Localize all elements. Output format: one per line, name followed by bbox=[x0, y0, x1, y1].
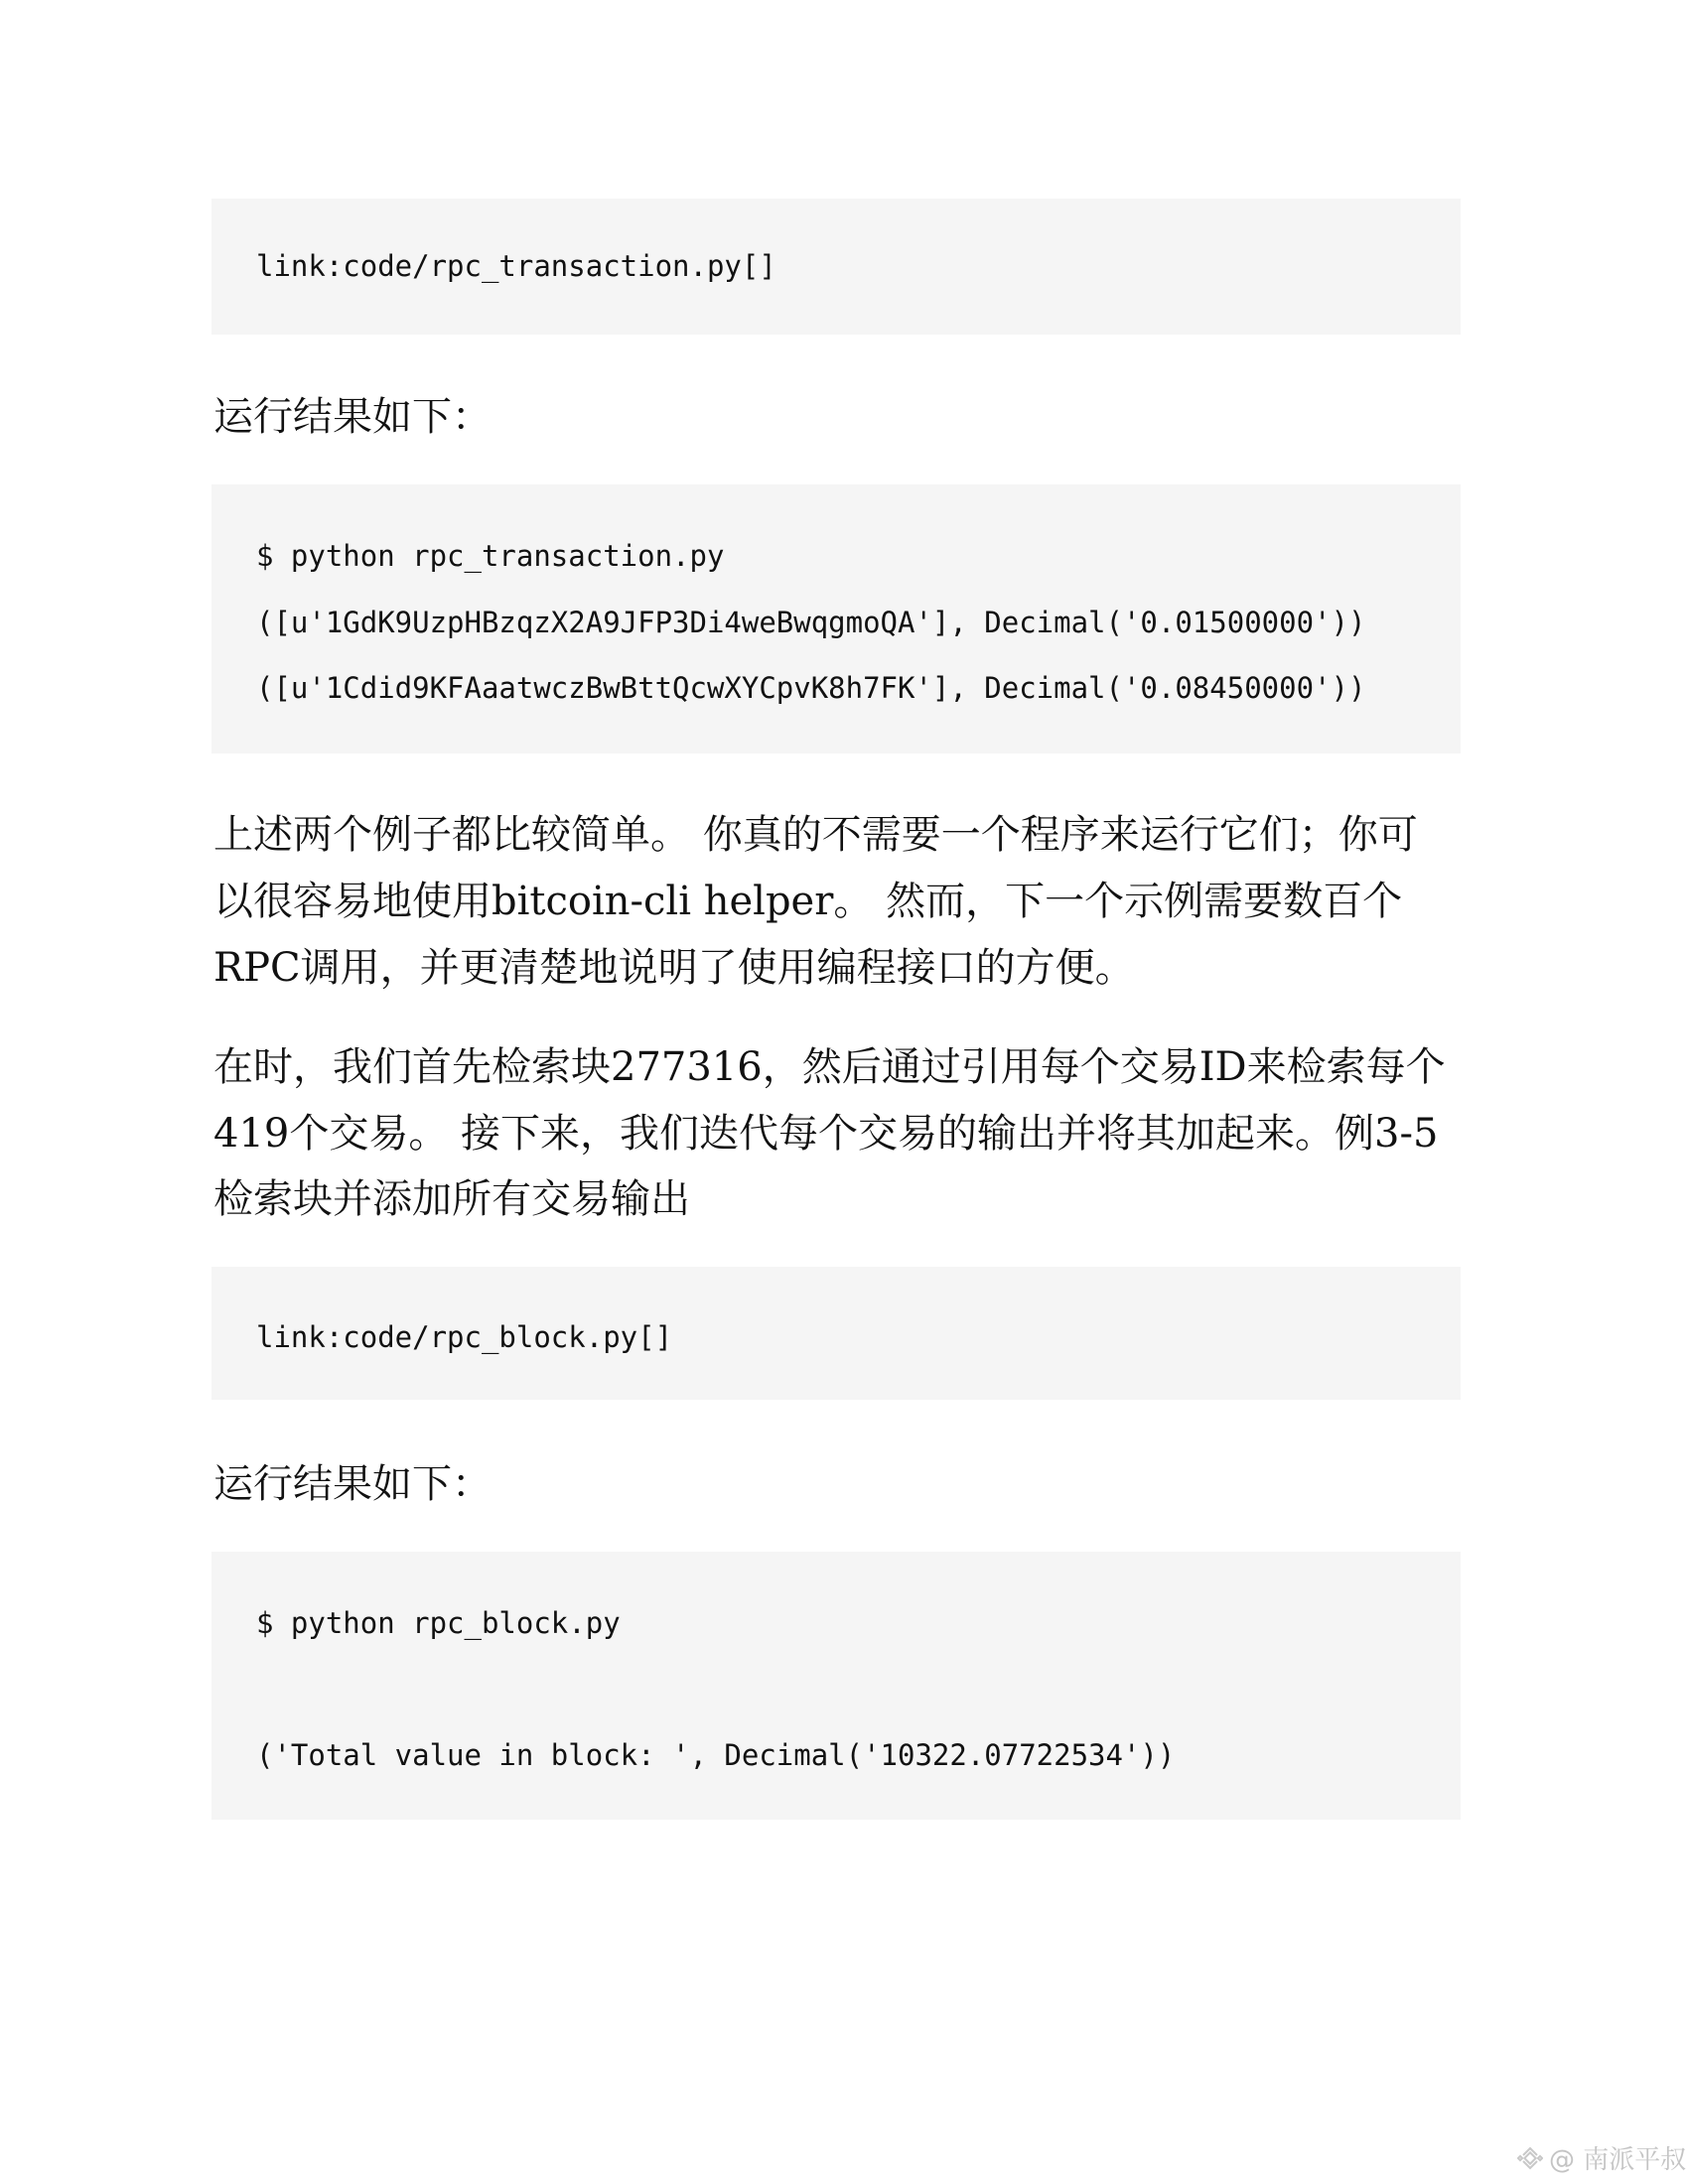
watermark-text: @ 南派平叔 bbox=[1549, 2139, 1686, 2176]
paragraph-line: 上述两个例子都比较简单。 你真的不需要一个程序来运行它们；你可 bbox=[213, 810, 1418, 860]
paragraph-line: 419个交易。 接下来，我们迭代每个交易的输出并将其加起来。例3-5 bbox=[213, 1109, 1438, 1159]
code-block-link-block: link:code/rpc_block.py[] bbox=[211, 1267, 1461, 1400]
code-line: $ python rpc_transaction.py bbox=[256, 536, 724, 576]
code-line: ([u'1Cdid9KFAaatwczBwBttQcwXYCpvK8h7FK']… bbox=[256, 668, 1365, 708]
paragraph-line: 在时，我们首先检索块277316，然后通过引用每个交易ID来检索每个 bbox=[213, 1042, 1446, 1092]
code-block-link-transaction: link:code/rpc_transaction.py[] bbox=[211, 199, 1461, 335]
paragraph-line: 检索块并添加所有交易输出 bbox=[213, 1174, 690, 1224]
paragraph-line: RPC调用，并更清楚地说明了使用编程接口的方便。 bbox=[213, 943, 1135, 993]
code-line: $ python rpc_block.py bbox=[256, 1603, 621, 1643]
result-heading-2: 运行结果如下： bbox=[213, 1459, 492, 1509]
binance-diamond-icon bbox=[1517, 2145, 1543, 2171]
code-block-transaction-output: $ python rpc_transaction.py ([u'1GdK9Uzp… bbox=[211, 484, 1461, 753]
code-line: ([u'1GdK9UzpHBzqzX2A9JFP3Di4weBwqgmoQA']… bbox=[256, 603, 1365, 642]
code-line: ('Total value in block: ', Decimal('1032… bbox=[256, 1735, 1175, 1775]
watermark: @ 南派平叔 bbox=[1517, 2139, 1686, 2176]
result-heading-1: 运行结果如下： bbox=[213, 392, 492, 442]
code-line: link:code/rpc_transaction.py[] bbox=[256, 246, 776, 286]
code-line: link:code/rpc_block.py[] bbox=[256, 1317, 672, 1357]
code-block-block-output: $ python rpc_block.py ('Total value in b… bbox=[211, 1552, 1461, 1820]
paragraph-line: 以很容易地使用bitcoin-cli helper。 然而，下一个示例需要数百个 bbox=[213, 877, 1402, 926]
